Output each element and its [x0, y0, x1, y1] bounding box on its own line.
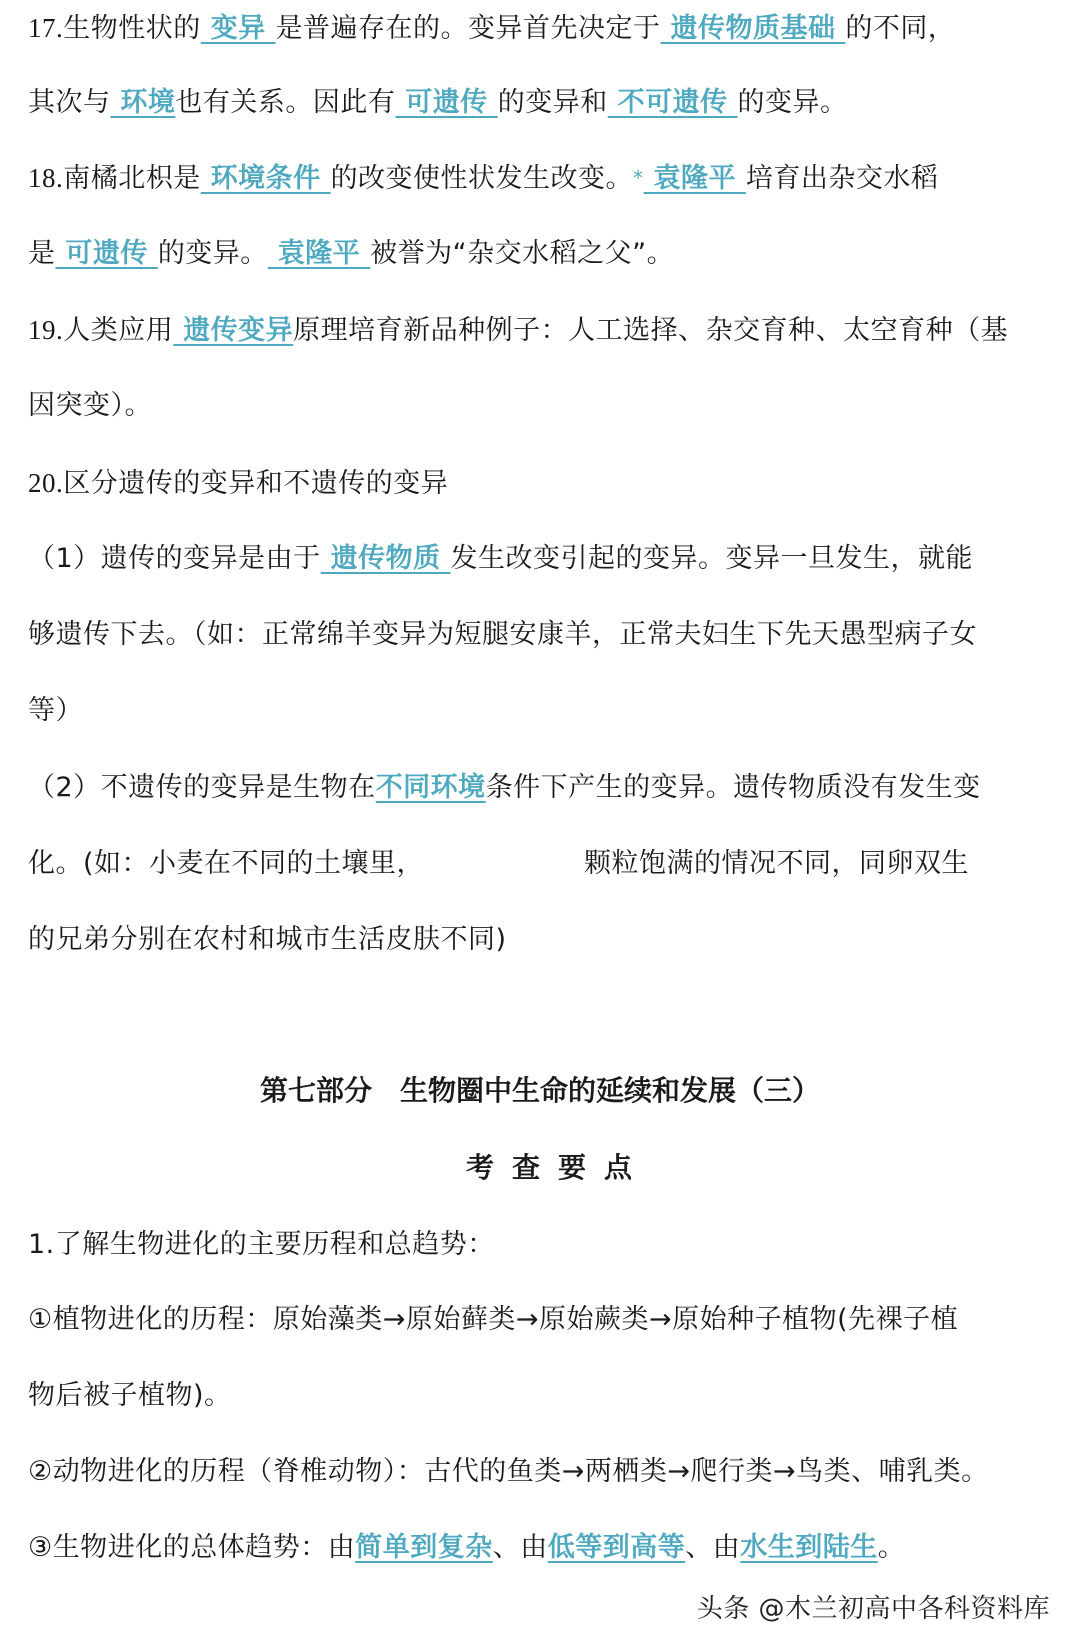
text: ③生物进化的总体趋势：由: [28, 1532, 355, 1563]
answer-blank: 不同环境: [376, 772, 486, 803]
evolution-trend: ③生物进化的总体趋势：由简单到复杂、由低等到高等、由水生到陆生。: [28, 1528, 905, 1568]
text: 是: [28, 238, 56, 269]
q20-p2-line3: 的兄弟分别在农村和城市生活皮肤不同): [28, 920, 507, 960]
text: 的变异。: [158, 238, 268, 269]
item-number: 20.: [28, 468, 63, 498]
text: 也有关系。因此有: [175, 87, 395, 118]
answer-blank: 低等到高等: [548, 1532, 686, 1563]
q20-title: 20.区分遗传的变异和不遗传的变异: [28, 463, 448, 504]
text: 是普遍存在的。变异首先决定于: [276, 13, 661, 44]
text: 的改变使性状发生改变。: [331, 163, 634, 194]
text: （1）遗传的变异是由于: [28, 543, 321, 574]
answer-blank: 可遗传: [56, 238, 158, 269]
answer-blank: 简单到复杂: [355, 1532, 493, 1563]
answer-blank: 遗传物质: [321, 543, 451, 574]
item-number: 17.: [28, 13, 63, 43]
answer-blank: 不可遗传: [608, 87, 738, 118]
text: 人类应用: [63, 315, 173, 346]
text: 区分遗传的变异和不遗传的变异: [63, 468, 448, 499]
text: 生物性状的: [63, 13, 201, 44]
answer-blank: 袁隆平: [268, 238, 370, 269]
answer-blank: 环境条件: [201, 163, 331, 194]
plant-evolution-line1: ①植物进化的历程：原始藻类→原始藓类→原始蕨类→原始种子植物(先裸子植: [28, 1300, 958, 1340]
q20-p2-line2: 化。(如：小麦在不同的土壤里，颗粒饱满的情况不同，同卵双生: [28, 844, 969, 884]
text: 物后被子植物)。: [28, 1380, 232, 1411]
answer-blank: 袁隆平: [644, 163, 746, 194]
text: 的不同，: [845, 13, 955, 44]
q17-line2: 其次与 环境也有关系。因此有 可遗传 的变异和 不可遗传 的变异。: [28, 83, 848, 123]
watermark: 头条 @木兰初高中各科资料库: [697, 1588, 1050, 1625]
section-subtitle: 考查要点: [0, 1148, 1080, 1188]
text: 培育出杂交水稻: [746, 163, 939, 194]
q20-p1-line1: （1）遗传的变异是由于 遗传物质 发生改变引起的变异。变异一旦发生，就能: [28, 539, 973, 579]
text: 原理培育新品种例子：人工选择、杂交育种、太空育种（基: [293, 315, 1008, 346]
q17-line1: 17.生物性状的 变异 是普遍存在的。变异首先决定于 遗传物质基础 的不同，: [28, 8, 955, 49]
section-title: 第七部分 生物圈中生命的延续和发展（三）: [0, 1071, 1080, 1111]
text: 的变异和: [498, 87, 608, 118]
text: （2）不遗传的变异是生物在: [28, 772, 376, 803]
text: ①植物进化的历程：原始藻类→原始藓类→原始蕨类→原始种子植物(先裸子植: [28, 1304, 958, 1335]
q19-line2: 因突变）。: [28, 386, 152, 426]
text: 颗粒饱满的情况不同，同卵双生: [584, 848, 969, 879]
plant-evolution-line2: 物后被子植物)。: [28, 1376, 232, 1416]
answer-blank: 可遗传: [395, 87, 497, 118]
answer-blank: 变异: [201, 13, 276, 44]
text: 化。(如：小麦在不同的土壤里，: [28, 848, 424, 879]
item-number: 19.: [28, 315, 63, 345]
q19-line1: 19.人类应用 遗传变异原理培育新品种例子：人工选择、杂交育种、太空育种（基: [28, 310, 1008, 351]
text: 等）: [28, 695, 83, 726]
text: 、由: [685, 1532, 740, 1563]
text: 的变异。: [738, 87, 848, 118]
answer-blank: 水生到陆生: [740, 1532, 878, 1563]
q20-p1-line2: 够遗传下去。（如：正常绵羊变异为短腿安康羊，正常夫妇生下先天愚型病子女: [28, 615, 977, 655]
answer-blank: 遗传物质基础: [661, 13, 846, 44]
animal-evolution: ②动物进化的历程（脊椎动物）：古代的鱼类→两栖类→爬行类→鸟类、哺乳类。: [28, 1452, 989, 1492]
point-1: 1.了解生物进化的主要历程和总趋势：: [28, 1225, 495, 1265]
q18-line2: 是 可遗传 的变异。 袁隆平 被誉为“杂交水稻之父”。: [28, 234, 674, 274]
answer-blank: 环境: [111, 87, 176, 118]
q20-p1-line3: 等）: [28, 691, 83, 731]
answer-blank: 遗传变异: [173, 315, 293, 346]
q20-p2-line1: （2）不遗传的变异是生物在不同环境条件下产生的变异。遗传物质没有发生变: [28, 768, 981, 808]
text: 1.了解生物进化的主要历程和总趋势：: [28, 1229, 495, 1260]
text: 南橘北枳是: [63, 163, 201, 194]
text: 、由: [493, 1532, 548, 1563]
text: 。: [878, 1532, 906, 1563]
q18-line1: 18.南橘北枳是 环境条件 的改变使性状发生改变。* 袁隆平 培育出杂交水稻: [28, 158, 938, 199]
item-number: 18.: [28, 163, 63, 193]
text: 其次与: [28, 87, 111, 118]
text: 被誉为“杂交水稻之父”。: [370, 238, 674, 269]
text: ②动物进化的历程（脊椎动物）：古代的鱼类→两栖类→爬行类→鸟类、哺乳类。: [28, 1456, 989, 1487]
text: 因突变）。: [28, 390, 152, 421]
text: 发生改变引起的变异。变异一旦发生，就能: [451, 543, 974, 574]
text: 条件下产生的变异。遗传物质没有发生变: [486, 772, 981, 803]
text: 够遗传下去。（如：正常绵羊变异为短腿安康羊，正常夫妇生下先天愚型病子女: [28, 619, 977, 650]
asterisk-icon: *: [633, 166, 644, 190]
text: 的兄弟分别在农村和城市生活皮肤不同): [28, 924, 507, 955]
